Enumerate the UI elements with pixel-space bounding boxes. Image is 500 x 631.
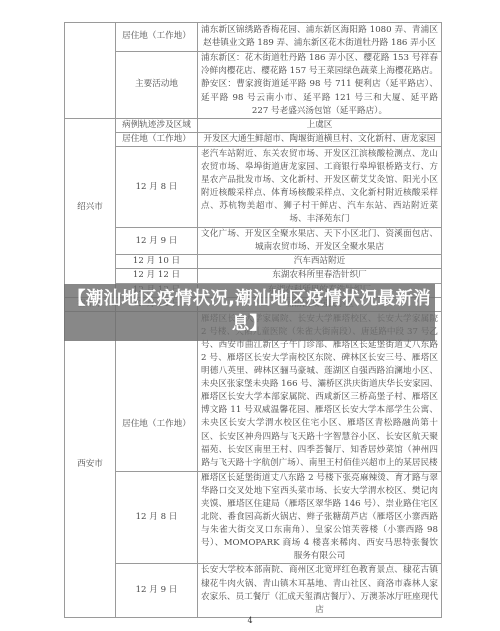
row-label: 12 月 9 日 bbox=[116, 228, 198, 255]
table-row: 12 月 10 日 汽车西站附近 bbox=[65, 255, 442, 269]
row-value: 浦东新区：花木街道牡丹路 186 弄小区、樱花路 153 号祥春冷鲜肉樱花店、樱… bbox=[198, 52, 442, 119]
row-value: 浦东新区锦绣路香梅花园、浦东新区海阳路 1080 弄、青浦区赵巷镇业文路 189… bbox=[198, 23, 442, 52]
row-value: 老汽车站附近、东关农贸市场、开发区江滨核酸检测点、龙山农贸市场、皋埠街道唐龙家园… bbox=[198, 147, 442, 228]
city-cell: 绍兴市 bbox=[65, 119, 116, 298]
row-label: 12 月 8 日 bbox=[116, 147, 198, 228]
table-row: 绍兴市 病例轨迹涉及区域 上虞区 bbox=[65, 119, 442, 133]
row-label: 主要活动地 bbox=[116, 52, 198, 119]
table-row: 主要活动地 浦东新区：花木街道牡丹路 186 弄小区、樱花路 153 号祥春冷鲜… bbox=[65, 52, 442, 119]
table-row: 12 月 8 日 老汽车站附近、东关农贸市场、开发区江滨核酸检测点、龙山农贸市场… bbox=[65, 147, 442, 228]
table-row: 12 月 9 日 文化广场、开发区全聚水果店、天下小区北门、资溪面包店、城南农贸… bbox=[65, 228, 442, 255]
row-value: 汽车西站附近 bbox=[198, 255, 442, 269]
page-number: 4 bbox=[0, 616, 500, 625]
row-value: 长安大学校本部南院、商州区北宽坪红色教育景点、棣花古镇棣花牛肉火锅、青山镇木耳基… bbox=[198, 564, 442, 617]
city-cell: 西安市 bbox=[65, 311, 116, 617]
row-value: 雁塔区长延堡街道丈八东路 2 号楼下张亮麻辣烫、育才路与翠华路口交叉处地下室西头… bbox=[198, 471, 442, 564]
row-label: 12 月 8 日 bbox=[116, 471, 198, 564]
row-label: 12 月 9 日 bbox=[116, 564, 198, 617]
row-label: 病例轨迹涉及区域 bbox=[116, 119, 198, 133]
row-value: 文化广场、开发区全聚水果店、天下小区北门、资溪面包店、城南农贸市场、开发区全聚水… bbox=[198, 228, 442, 255]
table-row: 居住地（工作地） 开发区大通生鲜超市、陶堰街道横旦村、文化新村、唐龙家园 bbox=[65, 133, 442, 147]
table-row: 居住地（工作地） 浦东新区锦绣路香梅花园、浦东新区海阳路 1080 弄、青浦区赵… bbox=[65, 23, 442, 52]
table-row: 12 月 8 日 雁塔区长延堡街道丈八东路 2 号楼下张亮麻辣烫、育才路与翠华路… bbox=[65, 471, 442, 564]
table-row: 12 月 9 日 长安大学校本部南院、商州区北宽坪红色教育景点、棣花古镇棣花牛肉… bbox=[65, 564, 442, 617]
row-value: 东湖农科所里春浩针织厂 bbox=[198, 269, 442, 283]
article-title: 【潮汕地区疫情状况,潮汕地区疫情状况最新消息】 bbox=[64, 287, 435, 337]
table-row: 12 月 12 日 东湖农科所里春浩针织厂 bbox=[65, 269, 442, 283]
row-label: 12 月 12 日 bbox=[116, 269, 198, 283]
city-cell bbox=[65, 23, 116, 119]
row-label: 居住地（工作地） bbox=[116, 23, 198, 52]
row-label: 居住地（工作地） bbox=[116, 133, 198, 147]
row-value: 开发区大通生鲜超市、陶堰街道横旦村、文化新村、唐龙家园 bbox=[198, 133, 442, 147]
row-label: 12 月 10 日 bbox=[116, 255, 198, 269]
row-value: 上虞区 bbox=[198, 119, 442, 133]
